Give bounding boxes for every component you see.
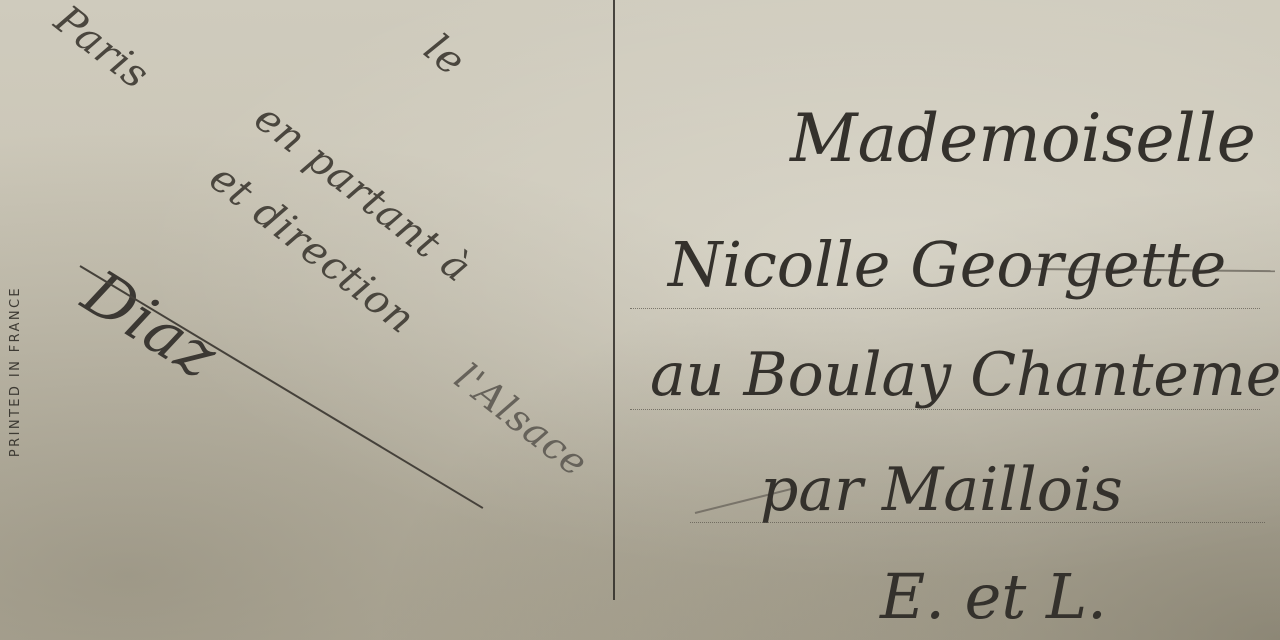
signature-underline (79, 265, 483, 509)
printed-in-france-imprint: PRINTED IN FRANCE (4, 236, 28, 506)
message-line-paris: Paris (46, 0, 158, 99)
message-line-le: le (415, 25, 474, 85)
imprint-text: PRINTED IN FRANCE (9, 285, 24, 456)
address-locality: au Boulay Chantemerle (650, 340, 1280, 410)
address-line-1 (630, 308, 1260, 309)
address-recipient-name: Nicolle Georgette (668, 228, 1226, 301)
address-salutation: Mademoiselle (790, 100, 1256, 177)
center-divider (613, 0, 615, 600)
message-line-alsace: l'Alsace (446, 355, 596, 486)
postcard-back: PRINTED IN FRANCE le Paris en partant à … (0, 0, 1280, 640)
address-post-town: par Maillois (760, 455, 1123, 525)
address-department: E. et L. (880, 560, 1107, 633)
